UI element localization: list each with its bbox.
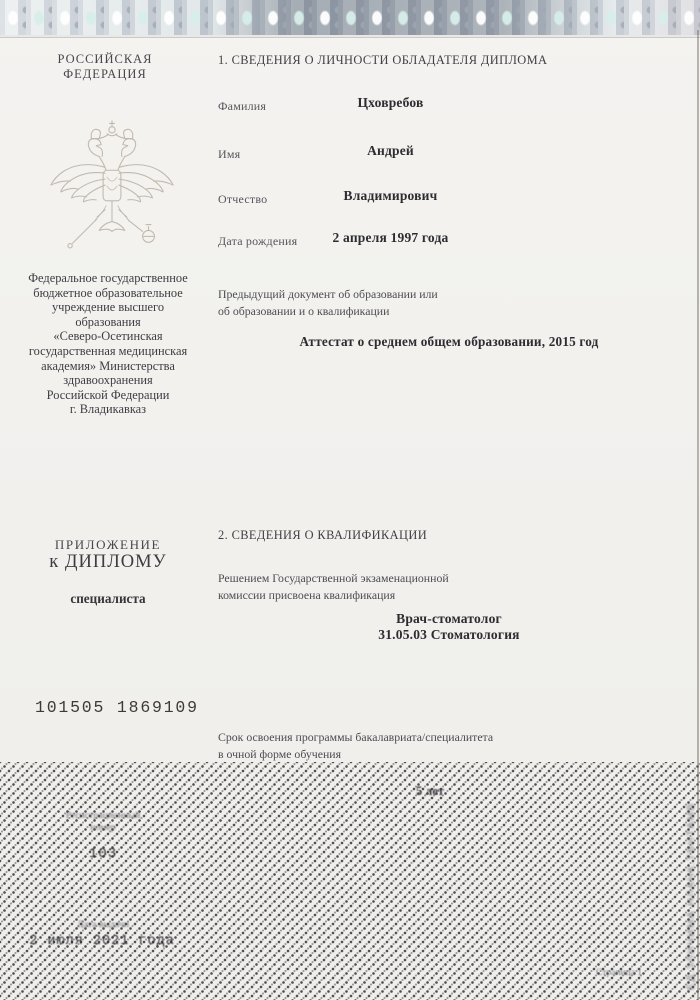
birthdate-value: 2 апреля 1997 года <box>218 230 563 246</box>
issue-date: 2 июля 2021 года <box>12 934 192 949</box>
section2-title: 2. СВЕДЕНИЯ О КВАЛИФИКАЦИИ <box>218 528 427 543</box>
supplement-title-line3: специалиста <box>6 591 210 607</box>
country-name: РОССИЙСКАЯ ФЕДЕРАЦИЯ <box>34 52 176 82</box>
institution-line: учреждение высшего <box>4 300 212 315</box>
section1-title: 1. СВЕДЕНИЯ О ЛИЧНОСТИ ОБЛАДАТЕЛЯ ДИПЛОМ… <box>218 53 547 68</box>
field-row-firstname: Имя Андрей <box>218 143 680 165</box>
previous-document-value: Аттестат о среднем общем образовании, 20… <box>218 334 680 350</box>
previous-document-label-line2: об образовании и о квалификации <box>218 303 680 320</box>
institution-line: Федеральное государственное <box>4 271 212 286</box>
institution-line: государственная медицинская <box>4 344 212 359</box>
supplement-title-line1: ПРИЛОЖЕНИЕ <box>6 537 210 553</box>
institution-line: образования <box>4 315 212 330</box>
diploma-serial-number: 101505 1869109 <box>35 698 199 717</box>
page-number: Страница 1 <box>596 968 642 978</box>
qualification-decision-line2: комиссии присвоена квалификация <box>218 587 680 604</box>
duration-value: 5 лет <box>218 784 642 799</box>
coat-of-arms-eagle-icon <box>38 114 186 266</box>
duration-label: Срок освоения программы бакалавриата/спе… <box>218 729 680 762</box>
field-row-lastname: Фамилия Цховребов <box>218 95 680 117</box>
country-line1: РОССИЙСКАЯ <box>34 52 176 67</box>
registration-number-label-line2: номер <box>30 822 176 833</box>
duration-label-line1: Срок освоения программы бакалавриата/спе… <box>218 729 680 746</box>
previous-document-label: Предыдущий документ об образовании или о… <box>218 286 680 319</box>
diploma-supplement-scan: РОССИЙСКАЯ ФЕДЕРАЦИЯ <box>0 0 700 1000</box>
vertical-watermark-text: ЕД.ЗЛИЧИМА НЛАНК.ТВИТАМВ <box>685 776 697 990</box>
halftone-overlay-region: 5 лет Регистрационный номер 103 Дата выд… <box>0 762 700 1000</box>
patronymic-value: Владимирович <box>218 188 563 204</box>
qualification-decision-line1: Решением Государственной экзаменационной <box>218 570 680 587</box>
issue-date-label: Дата выдачи <box>30 919 176 930</box>
qualification-decision-label: Решением Государственной экзаменационной… <box>218 570 680 603</box>
registration-number: 103 <box>30 846 176 862</box>
institution-line: здравоохранения <box>4 373 212 388</box>
lastname-value: Цховребов <box>218 95 563 111</box>
field-row-birthdate: Дата рождения 2 апреля 1997 года <box>218 230 680 252</box>
registration-number-label-line1: Регистрационный <box>30 810 176 821</box>
specialty-value: 31.05.03 Стоматология <box>218 627 680 643</box>
security-pattern-band <box>0 0 700 37</box>
institution-line: Российской Федерации <box>4 388 212 403</box>
institution-line: академия» Министерства <box>4 359 212 374</box>
previous-document-label-line1: Предыдущий документ об образовании или <box>218 286 680 303</box>
institution-line: «Северо-Осетинская <box>4 329 212 344</box>
institution-line: бюджетное образовательное <box>4 286 212 301</box>
supplement-title-line2: к ДИПЛОМУ <box>6 552 210 573</box>
duration-label-line2: в очной форме обучения <box>218 746 680 763</box>
field-row-patronymic: Отчество Владимирович <box>218 188 680 210</box>
country-line2: ФЕДЕРАЦИЯ <box>34 67 176 82</box>
qualification-value: Врач-стоматолог <box>218 611 680 627</box>
institution-line: г. Владикавказ <box>4 402 212 417</box>
firstname-value: Андрей <box>218 143 563 159</box>
institution-name: Федеральное государственное бюджетное об… <box>4 271 212 417</box>
